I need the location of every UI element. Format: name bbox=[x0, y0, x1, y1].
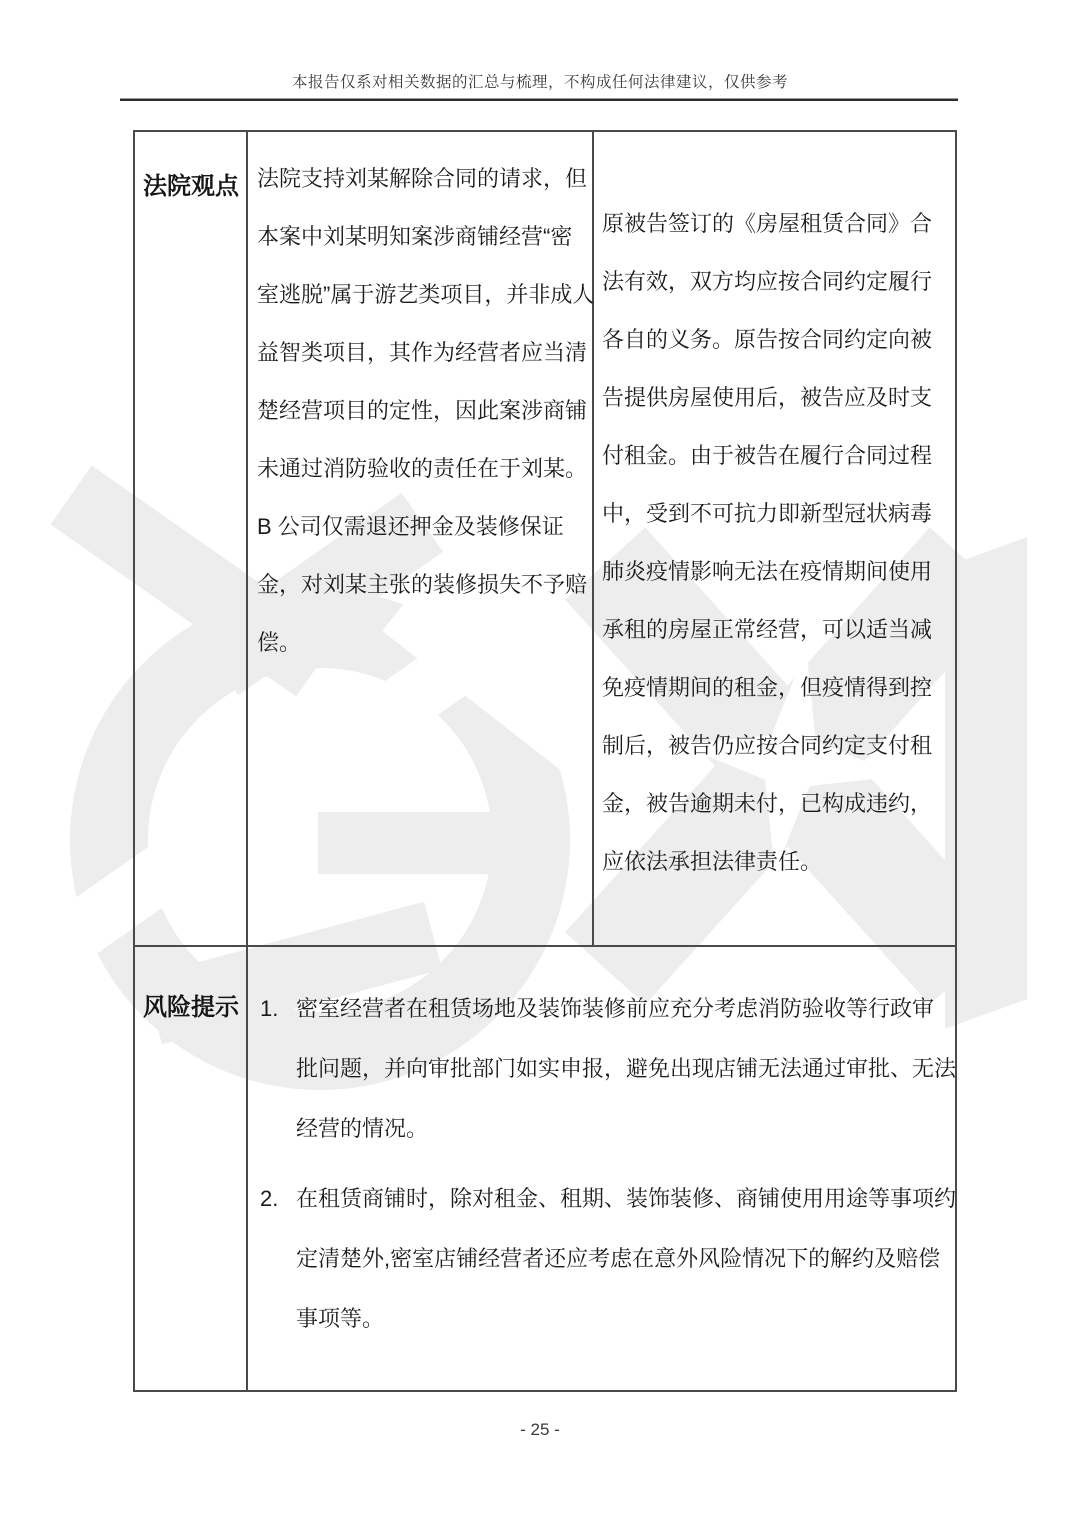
text-line: 批问题，并向审批部门如实申报，避免出现店铺无法通过审批、无法 bbox=[296, 1039, 947, 1099]
text-line: 制后，被告仍应按合同约定支付租 bbox=[602, 717, 951, 775]
header-rule bbox=[120, 98, 958, 101]
document-page: 本报告仅系对相关数据的汇总与梳理，不构成任何法律建议，仅供参考 法院观点 法院支… bbox=[0, 0, 1080, 1528]
text-line: 各自的义务。原告按合同约定向被 bbox=[602, 311, 951, 369]
text-line: 益智类项目，其作为经营者应当清 bbox=[257, 324, 588, 382]
page-number: - 25 - bbox=[0, 1420, 1080, 1440]
text-line: 告提供房屋使用后，被告应及时支 bbox=[602, 369, 951, 427]
text-line: 密室经营者在租赁场地及装饰装修前应充分考虑消防验收等行政审 bbox=[296, 979, 947, 1039]
text-line: 原被告签订的《房屋租赁合同》合 bbox=[602, 195, 951, 253]
list-number: 2. bbox=[260, 1169, 278, 1229]
risk-item-2: 2. 在租赁商铺时，除对租金、租期、装饰装修、商铺使用用途等事项约 定清楚外,密… bbox=[258, 1169, 947, 1349]
text-line: 应依法承担法律责任。 bbox=[602, 833, 951, 891]
text-line: 金，对刘某主张的装修损失不予赔 bbox=[257, 556, 588, 614]
text-line: 经营的情况。 bbox=[296, 1099, 947, 1159]
row-label-court-view: 法院观点 bbox=[134, 131, 247, 946]
text-line: 肺炎疫情影响无法在疫情期间使用 bbox=[602, 543, 951, 601]
watermark-right-bar bbox=[945, 537, 1027, 1029]
text-line: 法院支持刘某解除合同的请求，但 bbox=[257, 150, 588, 208]
row-label-risk-tips: 风险提示 bbox=[134, 946, 247, 1391]
case-summary-table: 法院观点 法院支持刘某解除合同的请求，但 本案中刘某明知案涉商铺经营“密 室逃脱… bbox=[133, 130, 957, 1392]
text-line: 本案中刘某明知案涉商铺经营“密 bbox=[257, 208, 588, 266]
text-line: 未通过消防验收的责任在于刘某。 bbox=[257, 440, 588, 498]
court-view-right-cell: 原被告签订的《房屋租赁合同》合 法有效，双方均应按合同约定履行 各自的义务。原告… bbox=[593, 131, 956, 946]
row-label-text: 法院观点 bbox=[143, 173, 239, 200]
list-number: 1. bbox=[260, 979, 278, 1039]
risk-content-cell: 1. 密室经营者在租赁场地及装饰装修前应充分考虑消防验收等行政审 批问题，并向审… bbox=[247, 946, 956, 1391]
text-line: 事项等。 bbox=[296, 1289, 947, 1349]
table-row-risk-tips: 风险提示 1. 密室经营者在租赁场地及装饰装修前应充分考虑消防验收等行政审 批问… bbox=[134, 946, 956, 1391]
text-line: 承租的房屋正常经营，可以适当减 bbox=[602, 601, 951, 659]
text-line: 楚经营项目的定性，因此案涉商铺 bbox=[257, 382, 588, 440]
text-line: 偿。 bbox=[257, 614, 588, 672]
text-line: 定清楚外,密室店铺经营者还应考虑在意外风险情况下的解约及赔偿 bbox=[296, 1229, 947, 1289]
risk-item-1: 1. 密室经营者在租赁场地及装饰装修前应充分考虑消防验收等行政审 批问题，并向审… bbox=[258, 979, 947, 1159]
text-line: 法有效，双方均应按合同约定履行 bbox=[602, 253, 951, 311]
text-line: 金，被告逾期未付，已构成违约， bbox=[602, 775, 951, 833]
text-line: 免疫情期间的租金，但疫情得到控 bbox=[602, 659, 951, 717]
header-disclaimer: 本报告仅系对相关数据的汇总与梳理，不构成任何法律建议，仅供参考 bbox=[0, 70, 1080, 92]
text-line: 室逃脱”属于游艺类项目，并非成人 bbox=[257, 266, 588, 324]
text-line: 付租金。由于被告在履行合同过程 bbox=[602, 427, 951, 485]
row-label-text: 风险提示 bbox=[143, 994, 239, 1021]
text-line: B 公司仅需退还押金及装修保证 bbox=[257, 498, 588, 556]
text-line: 中，受到不可抗力即新型冠状病毒 bbox=[602, 485, 951, 543]
table-row-court-view: 法院观点 法院支持刘某解除合同的请求，但 本案中刘某明知案涉商铺经营“密 室逃脱… bbox=[134, 131, 956, 946]
text-line: 在租赁商铺时，除对租金、租期、装饰装修、商铺使用用途等事项约 bbox=[296, 1169, 947, 1229]
court-view-left-cell: 法院支持刘某解除合同的请求，但 本案中刘某明知案涉商铺经营“密 室逃脱”属于游艺… bbox=[247, 131, 593, 946]
